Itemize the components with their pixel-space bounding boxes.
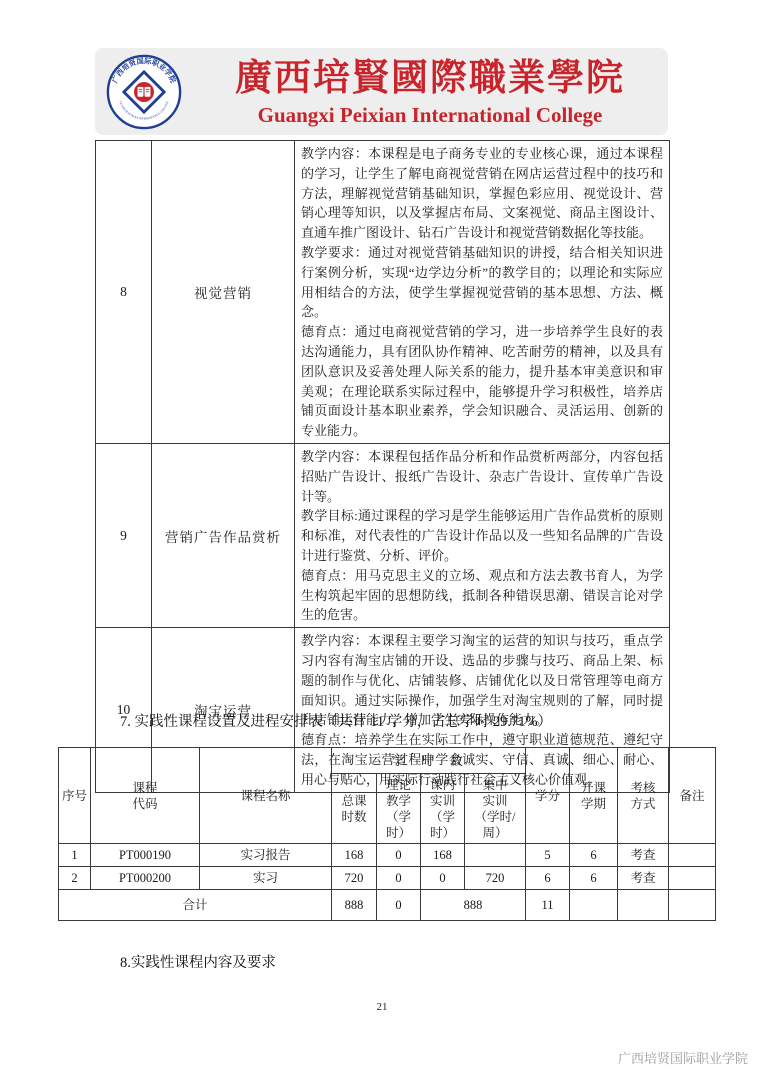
cell-total-hours-sum: 888 [332, 890, 377, 921]
header-concentrated-training: 集中 实训 （学时/ 周） [465, 774, 526, 844]
teaching-content-paragraph: 教学内容：本课程是电子商务专业的专业核心课，通过本课程的学习，让学生了解电商视觉… [301, 144, 663, 243]
cell-remark [669, 844, 716, 867]
practice-course-table: 序号 课程 代码 课程名称 学 时 数 学分 开课 学期 考核 方式 备注 总课… [58, 747, 716, 921]
cell-total-hours: 168 [332, 844, 377, 867]
course-name: 视觉营销 [152, 141, 295, 444]
course-name: 营销广告作品赏析 [152, 443, 295, 627]
header-theory-hours: 理论 教学 （学 时） [377, 774, 421, 844]
college-seal-logo: 广西培贤国际职业学院 GUANGXI PEIXIAN INTERNATIONAL… [106, 54, 182, 130]
cell-total-hours: 720 [332, 867, 377, 890]
header-semester: 开课 学期 [570, 748, 618, 844]
cell-seq: 1 [59, 844, 91, 867]
cell-credit-sum: 11 [526, 890, 570, 921]
cell-practice-hours-sum: 888 [421, 890, 526, 921]
header-remark: 备注 [669, 748, 716, 844]
header-seq: 序号 [59, 748, 91, 844]
cell-total-label: 合计 [59, 890, 332, 921]
course-description: 教学内容：本课程是电子商务专业的专业核心课，通过本课程的学习，让学生了解电商视觉… [295, 141, 670, 444]
page-number: 21 [0, 1001, 764, 1013]
cell-concentrated-hours: 720 [465, 867, 526, 890]
table-row: 1 PT000190 实习报告 168 0 168 5 6 考查 [59, 844, 716, 867]
cell-remark [669, 890, 716, 921]
table-header-row: 序号 课程 代码 课程名称 学 时 数 学分 开课 学期 考核 方式 备注 [59, 748, 716, 774]
cell-course-code: PT000200 [91, 867, 200, 890]
cell-course-name: 实习报告 [200, 844, 332, 867]
header-credit: 学分 [526, 748, 570, 844]
cell-course-code: PT000190 [91, 844, 200, 867]
table-total-row: 合计 888 0 888 11 [59, 890, 716, 921]
section7-heading: 7. 实践性课程设置及进程安排表（共计 11 学分，占总学时 29.71%） [120, 712, 552, 732]
cell-theory-hours-sum: 0 [377, 890, 421, 921]
college-name-chinese: 廣西培賢國際職業學院 [196, 56, 664, 102]
teaching-requirement-paragraph: 教学要求：通过对视觉营销基础知识的讲授，结合相关知识进行案例分析，实现“边学边分… [301, 243, 663, 322]
cell-course-name: 实习 [200, 867, 332, 890]
section8-heading: 8.实践性课程内容及要求 [120, 953, 276, 973]
course-description: 教学内容：本课程包括作品分析和作品赏析两部分，内容包括招贴广告设计、报纸广告设计… [295, 443, 670, 627]
cell-theory-hours: 0 [377, 844, 421, 867]
header-course-code: 课程 代码 [91, 748, 200, 844]
header-total-hours: 总课 时数 [332, 774, 377, 844]
cell-assessment: 考查 [618, 844, 669, 867]
table-row: 8 视觉营销 教学内容：本课程是电子商务专业的专业核心课，通过本课程的学习，让学… [96, 141, 670, 444]
cell-credit: 5 [526, 844, 570, 867]
moral-education-paragraph: 德育点：用马克思主义的立场、观点和方法去教书育人，为学生构筑起牢固的思想防线，抵… [301, 566, 663, 625]
cell-assessment [618, 890, 669, 921]
cell-semester: 6 [570, 867, 618, 890]
cell-inclass-hours: 168 [421, 844, 465, 867]
moral-education-paragraph: 德育点：通过电商视觉营销的学习，进一步培养学生良好的表达沟通能力，具有团队协作精… [301, 322, 663, 441]
course-number: 8 [96, 141, 152, 444]
college-name-english: Guangxi Peixian International College [196, 102, 664, 128]
cell-semester: 6 [570, 844, 618, 867]
header-hours-group: 学 时 数 [332, 748, 526, 774]
cell-seq: 2 [59, 867, 91, 890]
cell-theory-hours: 0 [377, 867, 421, 890]
course-content-table: 8 视觉营销 教学内容：本课程是电子商务专业的专业核心课，通过本课程的学习，让学… [95, 140, 670, 793]
header-inclass-training: 课内 实训 （学 时） [421, 774, 465, 844]
document-page: 广西培贤国际职业学院 GUANGXI PEIXIAN INTERNATIONAL… [0, 0, 764, 1080]
table-row: 9 营销广告作品赏析 教学内容：本课程包括作品分析和作品赏析两部分，内容包括招贴… [96, 443, 670, 627]
footer-watermark: 广西培贤国际职业学院 [618, 1048, 748, 1067]
header-course-name: 课程名称 [200, 748, 332, 844]
teaching-goal-paragraph: 教学目标:通过课程的学习是学生能够运用广告作品赏析的原则和标准，对代表性的广告设… [301, 506, 663, 565]
course-number: 9 [96, 443, 152, 627]
cell-credit: 6 [526, 867, 570, 890]
table-row: 2 PT000200 实习 720 0 0 720 6 6 考查 [59, 867, 716, 890]
header-assessment: 考核 方式 [618, 748, 669, 844]
cell-semester [570, 890, 618, 921]
seal-center-disc [134, 82, 154, 102]
cell-remark [669, 867, 716, 890]
cell-inclass-hours: 0 [421, 867, 465, 890]
cell-assessment: 考查 [618, 867, 669, 890]
teaching-content-paragraph: 教学内容：本课程包括作品分析和作品赏析两部分，内容包括招贴广告设计、报纸广告设计… [301, 447, 663, 506]
cell-concentrated-hours [465, 844, 526, 867]
